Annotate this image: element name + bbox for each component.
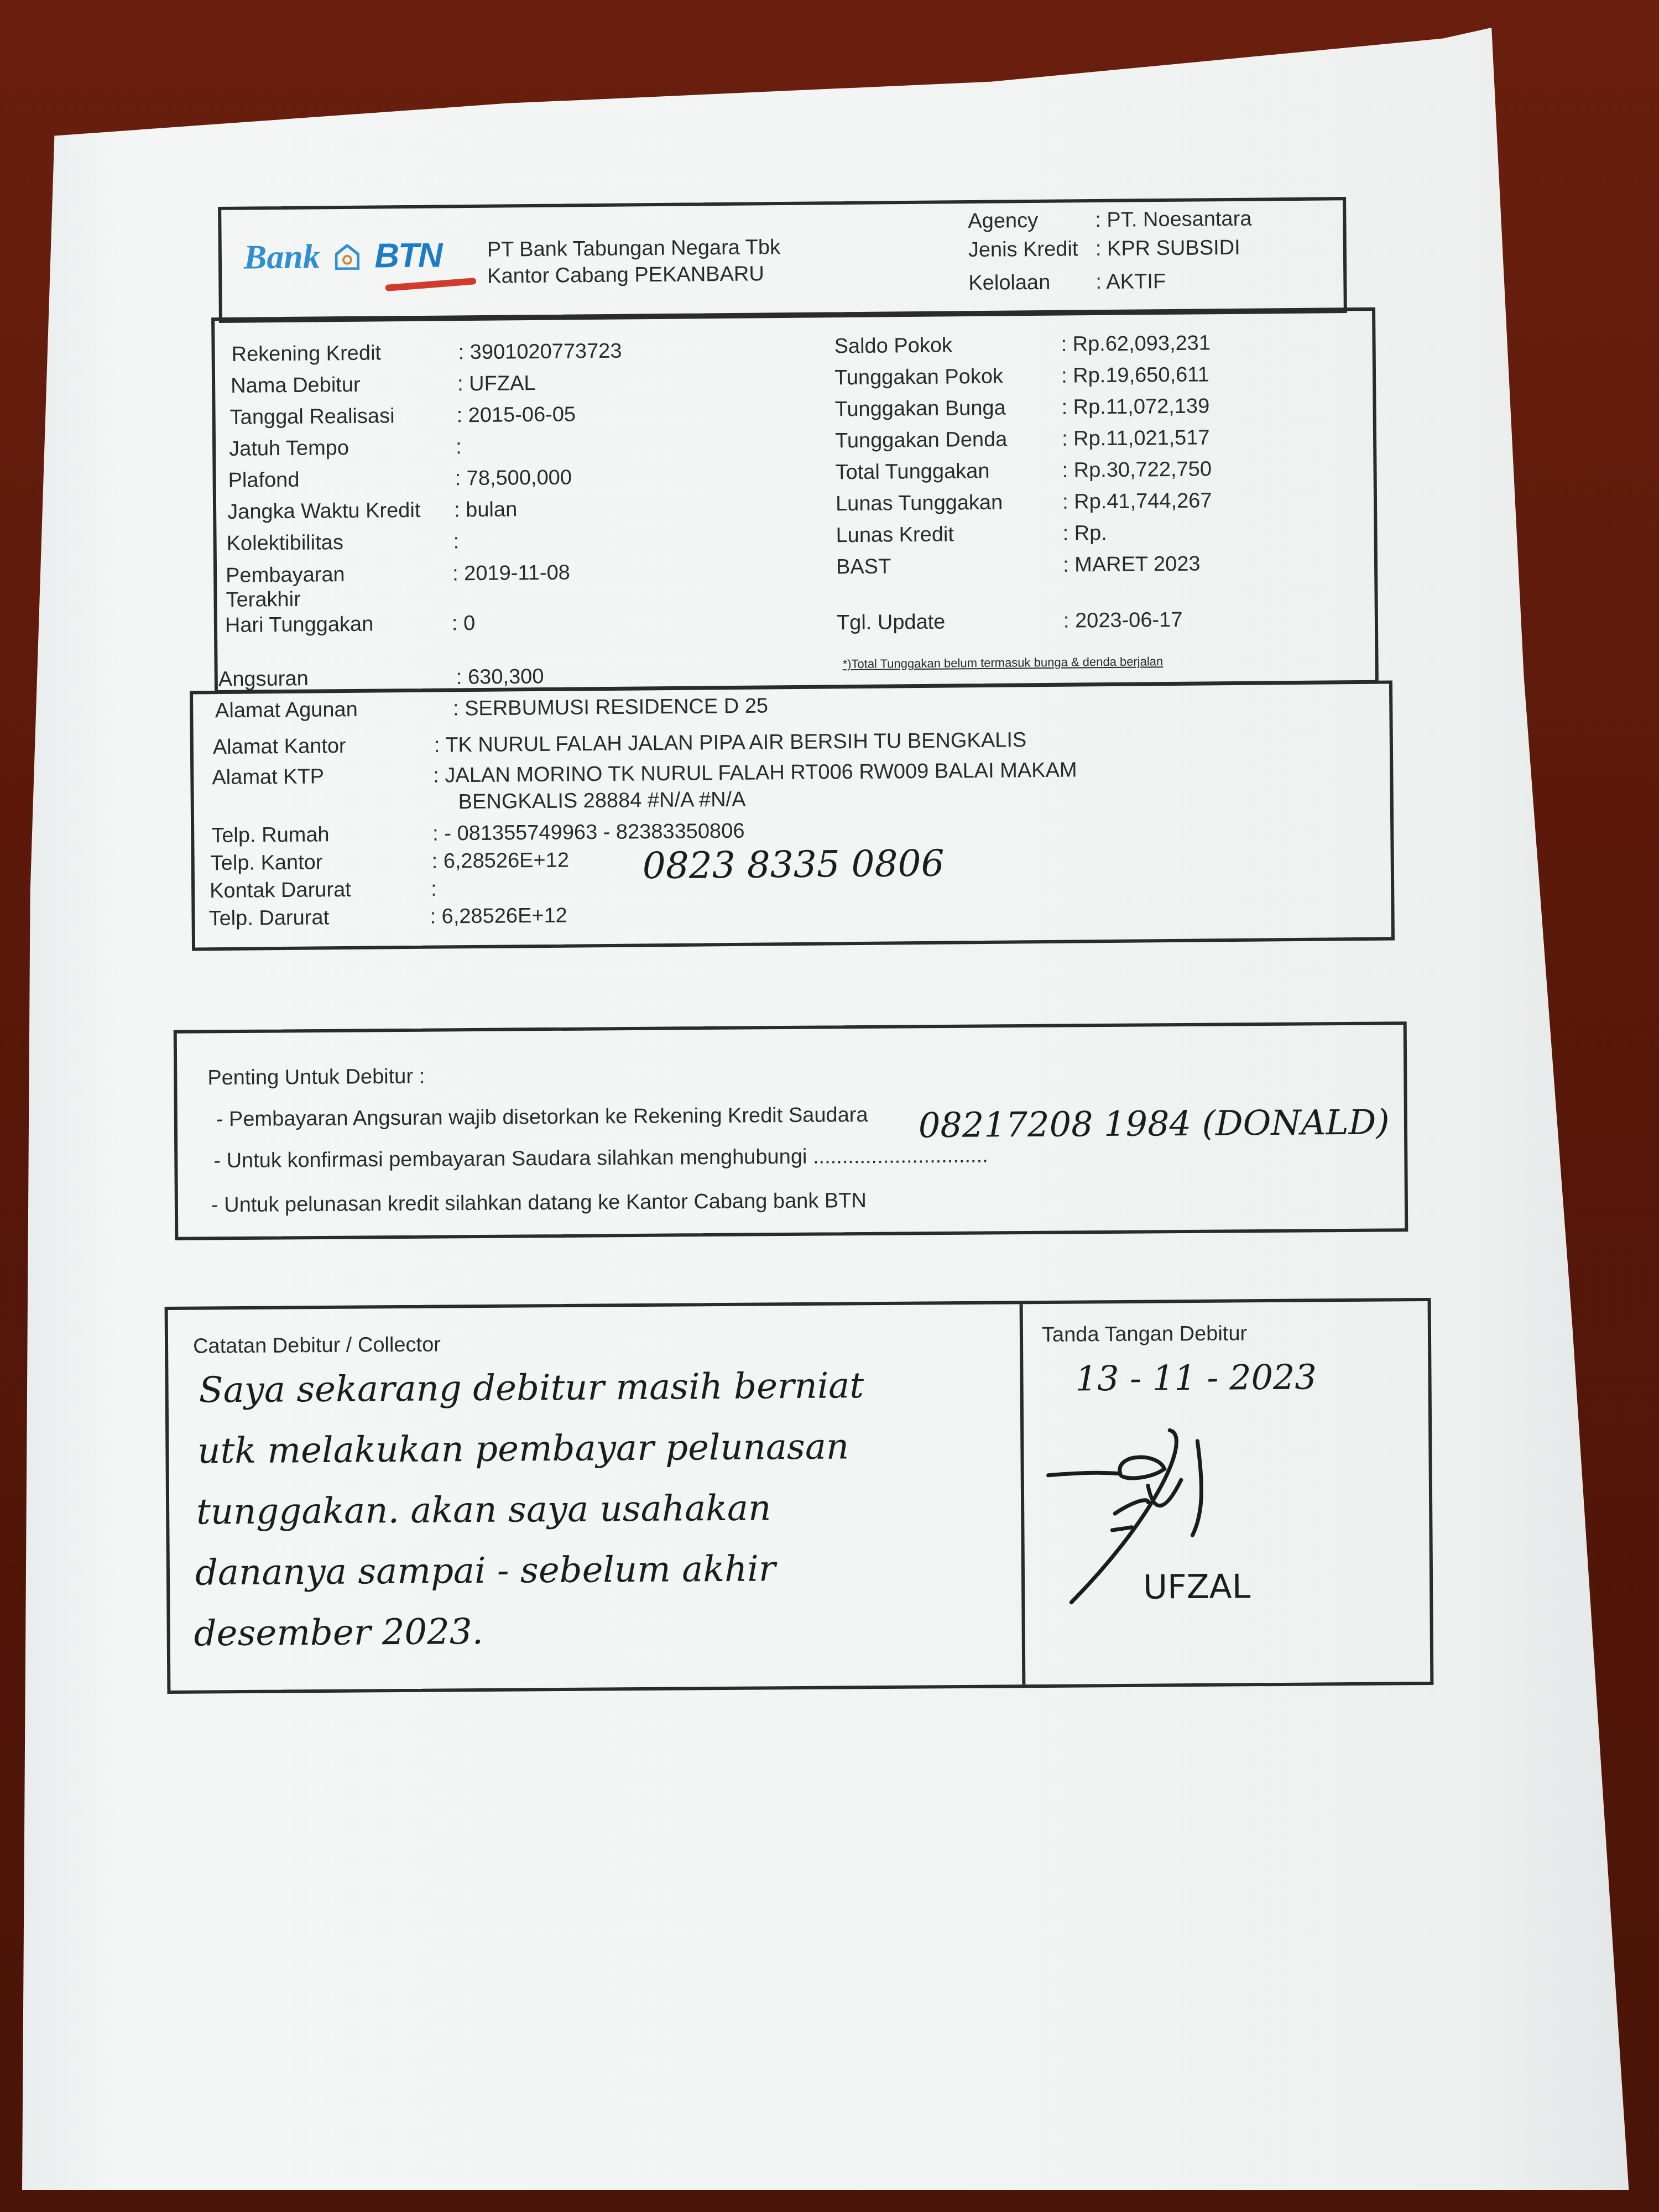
contact-field: Telp. Darurat: 6,28526E+12 [208,904,567,931]
contact-field-value: : - 081355749963 - 82383350806 [432,820,745,847]
account-summary-field-label: Tunggakan Pokok [834,364,1061,390]
account-summary-field-value: : Rp. [1062,521,1107,546]
contact-field: Alamat Kantor: TK NURUL FALAH JALAN PIPA… [213,728,1027,760]
branch-name: Kantor Cabang PEKANBARU [487,260,781,290]
account-summary-field-label: Tgl. Update [837,609,1063,635]
bank-logo: Bank BTN [244,236,442,277]
contact-field-label: Alamat KTP [212,764,433,790]
agency-row: Jenis Kredit: KPR SUBSIDI [968,234,1240,263]
account-field-value: : 3901020773723 [458,340,622,365]
house-key-icon [335,239,359,264]
account-field-value: : 78,500,000 [455,466,572,492]
account-summary-field: Lunas Tunggakan: Rp.41,744,267 [836,489,1212,517]
notice-box: Penting Untuk Debitur : - Pembayaran Ang… [174,1021,1408,1240]
contact-field-label: Alamat Kantor [213,734,434,760]
agency-row: Kelolaan: AKTIF [968,268,1166,296]
account-summary-field-value: : Rp.30,722,750 [1062,457,1212,483]
logo-word-btn: BTN [374,236,442,275]
notice-title: Penting Untuk Debitur : [207,1065,425,1091]
logo-swoosh [385,278,476,291]
account-summary-field: Tunggakan Denda: Rp.11,021,517 [835,426,1210,453]
account-field: Rekening Kredit: 3901020773723 [231,340,622,367]
footnote: *)Total Tunggakan belum termasuk bunga &… [842,654,1163,671]
account-field: Tanggal Realisasi: 2015-06-05 [229,403,576,430]
agency-row-value: : AKTIF [1095,268,1166,295]
account-field: Jatuh Tempo: [229,435,462,461]
contact-field-value: : [431,878,437,902]
contact-field: Telp. Kantor: 6,28526E+12 [211,849,570,876]
account-summary-field: Total Tunggakan: Rp.30,722,750 [835,457,1212,485]
account-summary-field: Tgl. Update: 2023-06-17 [837,608,1183,635]
account-details-box: Rekening Kredit: 3901020773723Nama Debit… [211,307,1379,693]
account-summary-field-value: : Rp.19,650,611 [1061,363,1209,388]
notice-item-settlement: - Untuk pelunasan kredit silahkan datang… [211,1189,867,1218]
account-summary-field-label: Saldo Pokok [834,333,1061,359]
account-field-value: : [453,530,459,554]
contact-field: Alamat KTP: JALAN MORINO TK NURUL FALAH … [212,759,1077,790]
account-summary-field: BAST: MARET 2023 [836,552,1201,580]
account-summary-field-value: : Rp.62,093,231 [1061,331,1211,357]
contact-field-value: : TK NURUL FALAH JALAN PIPA AIR BERSIH T… [434,728,1027,758]
contact-field: Kontak Darurat: [210,878,437,904]
account-summary-field-label: Tunggakan Bunga [834,396,1061,422]
account-summary-field-label: Tunggakan Denda [835,427,1062,453]
struck-field-value: : 630,300 [456,665,544,690]
account-field-label: Jatuh Tempo [229,435,456,461]
struck-field-label: Angsuran [218,666,456,692]
company-block: PT Bank Tabungan Negara Tbk Kantor Caban… [487,234,781,290]
account-field-value: : 0 [452,612,476,636]
notes-box: Catatan Debitur / Collector Saya sekaran… [165,1298,1434,1694]
account-summary-field-value: : MARET 2023 [1063,552,1201,578]
notice-item-payment: - Pembayaran Angsuran wajib disetorkan k… [216,1103,868,1132]
contact-field-label: Kontak Darurat [210,878,431,904]
account-summary-field-label: Lunas Tunggakan [836,491,1062,517]
account-field-label: Kolektibilitas [226,530,453,556]
account-field-value: : 2015-06-05 [456,403,576,428]
account-field-label: Nama Debitur [231,372,457,398]
account-field: Hari Tunggakan: 0 [225,612,476,638]
account-summary-field: Tunggakan Bunga: Rp.11,072,139 [834,394,1209,422]
account-summary-field: Lunas Kredit: Rp. [836,521,1107,548]
contact-field-value-line2: BENGKALIS 28884 #N/A #N/A [458,788,746,815]
logo-word-bank: Bank [244,238,320,276]
account-summary-field-value: : 2023-06-17 [1063,608,1183,634]
handwritten-phone: 0823 8335 0806 [642,843,945,888]
account-summary-field-label: Lunas Kredit [836,522,1062,548]
agency-row-value: : PT. Noesantara [1095,206,1251,233]
handwritten-note-line: dananya sampai - sebelum akhir [195,1549,776,1594]
agency-row-label: Agency [968,207,1095,234]
account-summary-field: Saldo Pokok: Rp.62,093,231 [834,331,1211,359]
account-field-value: : [456,435,462,460]
account-field: Jangka Waktu Kredit: bulan [227,498,517,524]
contact-field-value: : 6,28526E+12 [432,849,570,874]
contact-field-value: : JALAN MORINO TK NURUL FALAH RT006 RW00… [433,759,1077,789]
contact-field-label: Telp. Rumah [211,822,432,848]
handwritten-note-line: Saya sekarang debitur masih berniat [199,1366,864,1411]
account-summary-field-value: : Rp.11,021,517 [1062,426,1210,451]
notice-item-confirmation: - Untuk konfirmasi pembayaran Saudara si… [213,1144,988,1173]
header-box: Bank BTN PT Bank Tabungan Negara Tbk Kan… [218,197,1347,323]
notes-divider [1020,1304,1026,1684]
account-summary-field-label: BAST [836,554,1063,580]
account-field-label: Plafond [228,467,455,493]
handwritten-contact: 08217208 1984 (DONALD) [919,1102,1390,1145]
account-field-value: : bulan [454,498,517,523]
contact-field-label: Telp. Darurat [208,905,430,931]
account-field-label: Tanggal Realisasi [229,404,456,430]
contact-box: Alamat Kantor: TK NURUL FALAH JALAN PIPA… [190,681,1395,951]
notes-title: Catatan Debitur / Collector [193,1333,441,1359]
signature-name: UFZAL [1143,1568,1250,1606]
account-summary-field: Tunggakan Pokok: Rp.19,650,611 [834,363,1209,390]
account-field: Nama Debitur: UFZAL [231,372,536,398]
account-field-label: Rekening Kredit [231,341,458,367]
account-field-value: : UFZAL [457,372,536,397]
handwritten-note-line: tunggakan. akan saya usahakan [196,1488,771,1533]
account-summary-field-value: : Rp.11,072,139 [1061,394,1209,420]
account-summary-field-label: Total Tunggakan [835,459,1062,485]
agency-row-label: Jenis Kredit [968,236,1095,263]
signature-date: 13 - 11 - 2023 [1075,1357,1317,1398]
signature-title: Tanda Tangan Debitur [1042,1322,1247,1347]
contact-field-value: : 6,28526E+12 [430,904,567,930]
account-summary-field-value: : Rp.41,744,267 [1062,489,1212,514]
agency-row: Agency: PT. Noesantara [968,206,1251,234]
account-field: Plafond: 78,500,000 [228,466,572,493]
handwritten-note-line: utk melakukan pembayar pelunasan [197,1427,849,1472]
contact-field-label: Telp. Kantor [211,850,432,876]
account-field-label: Hari Tunggakan [225,612,452,638]
account-field: Pembayaran Terakhir: 2019-11-08 [226,561,570,613]
company-name: PT Bank Tabungan Negara Tbk [487,234,781,263]
account-field-label: Pembayaran Terakhir [226,563,370,613]
handwritten-note-line: desember 2023. [194,1612,483,1655]
agency-row-label: Kelolaan [968,269,1095,296]
agency-row-value: : KPR SUBSIDI [1095,234,1240,262]
account-field-label: Jangka Waktu Kredit [227,498,454,524]
account-field: Kolektibilitas: [226,530,459,556]
account-field-value: : 2019-11-08 [452,561,570,587]
